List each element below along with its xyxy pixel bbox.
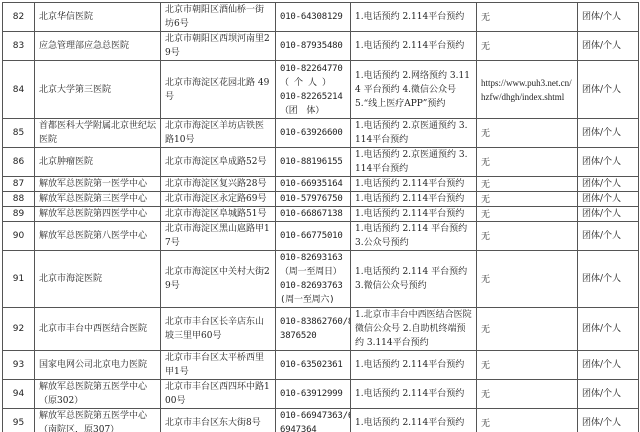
phone-number: 010-83862760/83876520	[276, 308, 351, 351]
phone-line: （周一至周日）	[280, 265, 346, 279]
phone-number: 010-66867138	[276, 207, 351, 222]
row-number: 84	[3, 61, 35, 119]
table-row: 89解放军总医院第四医学中心北京市海淀区阜城路51号010-668671381.…	[3, 207, 639, 222]
booking-methods: 1.电话预约 2.京医通预约 3.114平台预约	[351, 148, 477, 177]
service-scope: 团体/个人	[578, 251, 639, 308]
hospital-name: 北京华信医院	[35, 3, 161, 32]
phone-number: 010-63926600	[276, 119, 351, 148]
table-row: 93国家电网公司北京电力医院北京市丰台区太平桥西里甲1号010-63502361…	[3, 351, 639, 380]
phone-number: 010-82264770（ 个 人 ）010-82265214（团 体）	[276, 61, 351, 119]
booking-methods: 1.电话预约 2.京医通预约 3.114平台预约	[351, 119, 477, 148]
hospital-address: 北京市海淀区中关村大街29号	[161, 251, 276, 308]
hospital-address: 北京市海淀区复兴路28号	[161, 177, 276, 192]
phone-number: 010-63502361	[276, 351, 351, 380]
row-number: 91	[3, 251, 35, 308]
hospital-address: 北京市丰台区太平桥西里甲1号	[161, 351, 276, 380]
booking-methods: 1.电话预约 2.114平台预约	[351, 3, 477, 32]
row-number: 87	[3, 177, 35, 192]
booking-methods: 1.电话预约 2.114平台预约	[351, 177, 477, 192]
phone-line: 6947364	[280, 423, 346, 432]
row-number: 93	[3, 351, 35, 380]
phone-number: 010-87935480	[276, 32, 351, 61]
row-number: 82	[3, 3, 35, 32]
hospital-name: 北京市海淀医院	[35, 251, 161, 308]
phone-line: 010-66947363/6	[280, 409, 346, 423]
hospital-name: 解放军总医院第三医学中心	[35, 192, 161, 207]
service-scope: 团体/个人	[578, 409, 639, 432]
row-number: 88	[3, 192, 35, 207]
booking-methods: 1.电话预约 2.114平台预约	[351, 207, 477, 222]
service-scope: 团体/个人	[578, 119, 639, 148]
table-row: 94解放军总医院第五医学中心（原302）北京市丰台区西四环中路100号010-6…	[3, 380, 639, 409]
booking-methods: 1.电话预约 2.114平台预约	[351, 409, 477, 432]
phone-line: (周一至周六)	[280, 293, 346, 307]
service-scope: 团体/个人	[578, 207, 639, 222]
website: 无	[477, 192, 578, 207]
row-number: 85	[3, 119, 35, 148]
phone-line: 010-63502361	[280, 358, 346, 372]
phone-line: 010-66775010	[280, 229, 346, 243]
booking-methods: 1.电话预约 2.114 平台预约 3.公众号预约	[351, 222, 477, 251]
website: 无	[477, 351, 578, 380]
service-scope: 团体/个人	[578, 351, 639, 380]
table-row: 90解放军总医院第八医学中心北京市海淀区黑山扈路甲17号010-66775010…	[3, 222, 639, 251]
row-number: 94	[3, 380, 35, 409]
hospital-address: 北京市海淀区阜城路51号	[161, 207, 276, 222]
hospital-name: 北京市丰台中西医结合医院	[35, 308, 161, 351]
website: https://www.puh3.net.cn/hzfw/dhgh/index.…	[477, 61, 578, 119]
phone-line: 010-87935480	[280, 39, 346, 53]
website: 无	[477, 222, 578, 251]
phone-line: 010-83862760/8	[280, 315, 346, 329]
table-row: 82北京华信医院北京市朝阳区酒仙桥一街坊6号010-643081291.电话预约…	[3, 3, 639, 32]
phone-line: 010-82264770	[280, 62, 346, 76]
service-scope: 团体/个人	[578, 32, 639, 61]
hospital-address: 北京市海淀区永定路69号	[161, 192, 276, 207]
table-row: 91北京市海淀医院北京市海淀区中关村大街29号010-82693163（周一至周…	[3, 251, 639, 308]
website: 无	[477, 380, 578, 409]
hospital-name: 北京肿瘤医院	[35, 148, 161, 177]
phone-line: （ 个 人 ）	[280, 76, 346, 90]
table-row: 92北京市丰台中西医结合医院北京市丰台区长辛店东山坡三里甲60号010-8386…	[3, 308, 639, 351]
service-scope: 团体/个人	[578, 308, 639, 351]
website: 无	[477, 409, 578, 432]
phone-line: 010-63926600	[280, 126, 346, 140]
hospital-name: 解放军总医院第五医学中心（南院区，原307）	[35, 409, 161, 432]
hospital-address: 北京市丰台区东大街8号	[161, 409, 276, 432]
service-scope: 团体/个人	[578, 177, 639, 192]
website: 无	[477, 308, 578, 351]
phone-line: 010-64308129	[280, 10, 346, 24]
website: 无	[477, 3, 578, 32]
phone-line: 010-66935164	[280, 177, 346, 191]
service-scope: 团体/个人	[578, 61, 639, 119]
table-row: 95解放军总医院第五医学中心（南院区，原307）北京市丰台区东大街8号010-6…	[3, 409, 639, 432]
service-scope: 团体/个人	[578, 222, 639, 251]
row-number: 95	[3, 409, 35, 432]
phone-number: 010-64308129	[276, 3, 351, 32]
hospital-name: 国家电网公司北京电力医院	[35, 351, 161, 380]
row-number: 89	[3, 207, 35, 222]
hospital-name: 解放军总医院第一医学中心	[35, 177, 161, 192]
row-number: 83	[3, 32, 35, 61]
hospital-address: 北京市海淀区黑山扈路甲17号	[161, 222, 276, 251]
phone-number: 010-63912999	[276, 380, 351, 409]
website: 无	[477, 177, 578, 192]
row-number: 90	[3, 222, 35, 251]
booking-methods: 1.电话预约 2.网络预约 3.114 平台预约 4.微信公众号 5.“线上医疗…	[351, 61, 477, 119]
phone-line: 010-66867138	[280, 207, 346, 221]
phone-line: 010-82693163	[280, 251, 346, 265]
hospital-address: 北京市朝阳区酒仙桥一街坊6号	[161, 3, 276, 32]
service-scope: 团体/个人	[578, 148, 639, 177]
phone-number: 010-82693163（周一至周日）010-82693763(周一至周六)	[276, 251, 351, 308]
hospital-address: 北京市海淀区花园北路 49号	[161, 61, 276, 119]
booking-methods: 1.电话预约 2.114平台预约	[351, 192, 477, 207]
booking-methods: 1.电话预约 2.114平台预约	[351, 351, 477, 380]
booking-methods: 1.电话预约 2.114 平台预约 3.微信公众号预约	[351, 251, 477, 308]
hospital-name: 应急管理部应急总医院	[35, 32, 161, 61]
hospital-address: 北京市朝阳区西坝河南里29号	[161, 32, 276, 61]
table-row: 86北京肿瘤医院北京市海淀区阜成路52号010-881961551.电话预约 2…	[3, 148, 639, 177]
website: 无	[477, 119, 578, 148]
table-row: 84北京大学第三医院北京市海淀区花园北路 49号010-82264770（ 个 …	[3, 61, 639, 119]
phone-line: 010-82265214	[280, 90, 346, 104]
table-row: 85首都医科大学附属北京世纪坛医院北京市海淀区羊坊店铁医路10号010-6392…	[3, 119, 639, 148]
hospital-name: 首都医科大学附属北京世纪坛医院	[35, 119, 161, 148]
hospital-address: 北京市海淀区羊坊店铁医路10号	[161, 119, 276, 148]
phone-line: 010-82693763	[280, 279, 346, 293]
table-body: 82北京华信医院北京市朝阳区酒仙桥一街坊6号010-643081291.电话预约…	[3, 3, 639, 432]
website: 无	[477, 251, 578, 308]
phone-line: 010-63912999	[280, 387, 346, 401]
booking-methods: 1.电话预约 2.114平台预约	[351, 32, 477, 61]
phone-line: 3876520	[280, 329, 346, 343]
hospital-name: 解放军总医院第五医学中心（原302）	[35, 380, 161, 409]
phone-number: 010-66775010	[276, 222, 351, 251]
hospital-address: 北京市丰台区西四环中路100号	[161, 380, 276, 409]
hospital-name: 北京大学第三医院	[35, 61, 161, 119]
website: 无	[477, 148, 578, 177]
row-number: 92	[3, 308, 35, 351]
hospital-name: 解放军总医院第四医学中心	[35, 207, 161, 222]
website: 无	[477, 207, 578, 222]
row-number: 86	[3, 148, 35, 177]
service-scope: 团体/个人	[578, 3, 639, 32]
phone-number: 010-57976750	[276, 192, 351, 207]
phone-number: 010-66935164	[276, 177, 351, 192]
service-scope: 团体/个人	[578, 380, 639, 409]
phone-line: 010-57976750	[280, 192, 346, 206]
phone-number: 010-66947363/66947364	[276, 409, 351, 432]
phone-line: 010-88196155	[280, 155, 346, 169]
booking-methods: 1.电话预约 2.114平台预约	[351, 380, 477, 409]
service-scope: 团体/个人	[578, 192, 639, 207]
phone-number: 010-88196155	[276, 148, 351, 177]
hospital-table: 82北京华信医院北京市朝阳区酒仙桥一街坊6号010-643081291.电话预约…	[2, 2, 639, 432]
hospital-address: 北京市海淀区阜成路52号	[161, 148, 276, 177]
website: 无	[477, 32, 578, 61]
booking-methods: 1.北京市丰台中西医结合医院微信公众号 2.自助机终端预约 3.114平台预约	[351, 308, 477, 351]
hospital-address: 北京市丰台区长辛店东山坡三里甲60号	[161, 308, 276, 351]
table-row: 83应急管理部应急总医院北京市朝阳区西坝河南里29号010-879354801.…	[3, 32, 639, 61]
phone-line: （团 体）	[280, 104, 346, 118]
table-row: 87解放军总医院第一医学中心北京市海淀区复兴路28号010-669351641.…	[3, 177, 639, 192]
hospital-name: 解放军总医院第八医学中心	[35, 222, 161, 251]
table-row: 88解放军总医院第三医学中心北京市海淀区永定路69号010-579767501.…	[3, 192, 639, 207]
